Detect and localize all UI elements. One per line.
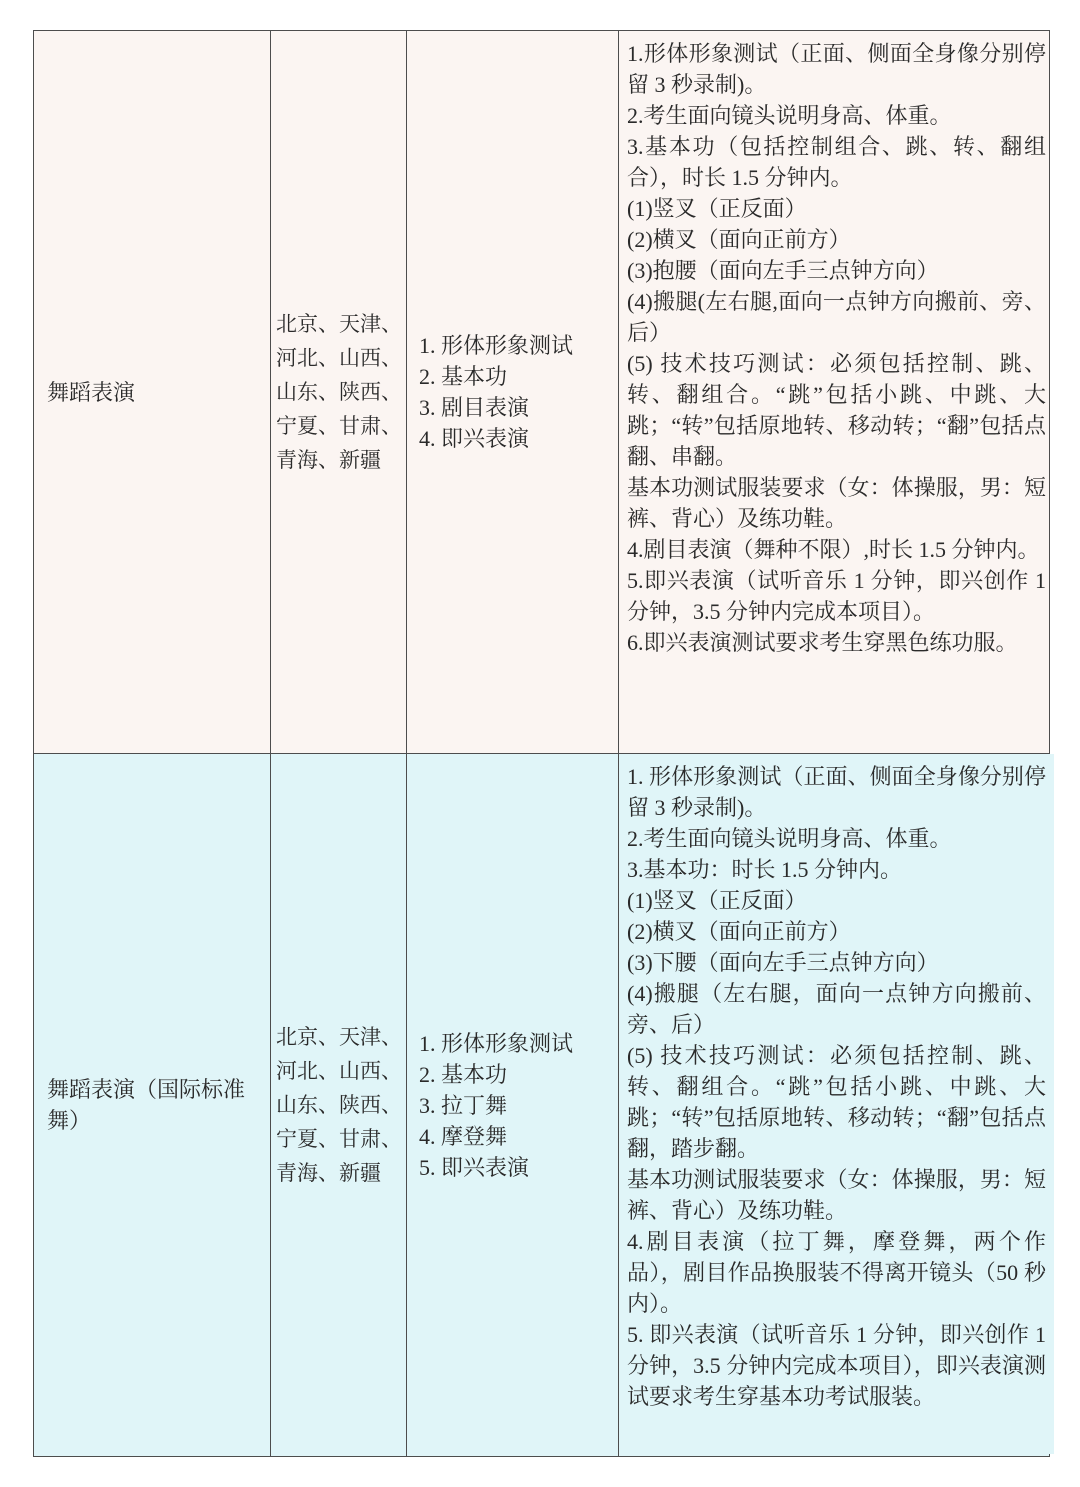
requirement-paragraph: (2)横叉（面向正前方） [627,224,1046,255]
requirement-paragraph: 3.基本功：时长 1.5 分钟内。 [627,854,1046,885]
requirement-paragraph: 基本功测试服装要求（女：体操服，男：短裤、背心）及练功鞋。 [627,472,1046,534]
subject-item: 2. 基本功 [419,1059,614,1090]
major-name: 舞蹈表演（国际标准舞） [34,1074,270,1136]
requirement-paragraph: 1.形体形象测试（正面、侧面全身像分别停留 3 秒录制)。 [627,38,1046,100]
requirement-paragraph: (1)竖叉（正反面） [627,193,1046,224]
subjects-cell: 1. 形体形象测试 2. 基本功 3. 剧目表演 4. 即兴表演 [407,31,619,754]
requirement-paragraph: 5. 即兴表演（试听音乐 1 分钟，即兴创作 1 分钟，3.5 分钟内完成本项目… [627,1319,1046,1412]
requirement-paragraph: (4)搬腿（左右腿，面向一点钟方向搬前、旁、后） [627,978,1046,1040]
requirement-paragraph: (3)下腰（面向左手三点钟方向） [627,947,1046,978]
subject-item: 5. 即兴表演 [419,1152,614,1183]
subject-item: 2. 基本功 [419,361,614,392]
requirement-paragraph: 3.基本功（包括控制组合、跳、转、翻组合），时长 1.5 分钟内。 [627,131,1046,193]
subject-item: 1. 形体形象测试 [419,1028,614,1059]
major-cell: 舞蹈表演 [34,31,271,754]
document-page: 舞蹈表演 北京、天津、河北、山西、山东、陕西、宁夏、甘肃、青海、新疆 1. 形体… [0,0,1080,1487]
requirement-paragraph: 4.剧目表演（拉丁舞，摩登舞，两个作品），剧目作品换服装不得离开镜头（50 秒内… [627,1226,1046,1319]
provinces-cell: 北京、天津、河北、山西、山东、陕西、宁夏、甘肃、青海、新疆 [271,754,407,1457]
requirement-paragraph: 1. 形体形象测试（正面、侧面全身像分别停留 3 秒录制)。 [627,761,1046,823]
subject-item: 3. 剧目表演 [419,392,614,423]
requirements-text: 1.形体形象测试（正面、侧面全身像分别停留 3 秒录制)。 2.考生面向镜头说明… [619,31,1049,753]
subjects-list: 1. 形体形象测试 2. 基本功 3. 剧目表演 4. 即兴表演 [407,330,618,454]
requirement-paragraph: (1)竖叉（正反面） [627,885,1046,916]
subjects-list: 1. 形体形象测试 2. 基本功 3. 拉丁舞 4. 摩登舞 5. 即兴表演 [407,1028,618,1183]
subject-item: 4. 即兴表演 [419,423,614,454]
subject-item: 4. 摩登舞 [419,1121,614,1152]
major-cell: 舞蹈表演（国际标准舞） [34,754,271,1457]
requirement-paragraph: 2.考生面向镜头说明身高、体重。 [627,100,1046,131]
table-row-dance-performance: 舞蹈表演 北京、天津、河北、山西、山东、陕西、宁夏、甘肃、青海、新疆 1. 形体… [34,31,1050,754]
requirement-paragraph: 5.即兴表演（试听音乐 1 分钟，即兴创作 1 分钟，3.5 分钟内完成本项目）… [627,565,1046,627]
cyan-highlight-overhang [1049,754,1054,1454]
major-name: 舞蹈表演 [34,377,270,408]
requirement-paragraph: 4.剧目表演（舞种不限）,时长 1.5 分钟内。 [627,534,1046,565]
subject-item: 1. 形体形象测试 [419,330,614,361]
provinces-cell: 北京、天津、河北、山西、山东、陕西、宁夏、甘肃、青海、新疆 [271,31,407,754]
requirement-paragraph: 6.即兴表演测试要求考生穿黑色练功服。 [627,627,1046,658]
requirement-paragraph: (4)搬腿(左右腿,面向一点钟方向搬前、旁、后） [627,286,1046,348]
requirement-paragraph: 2.考生面向镜头说明身高、体重。 [627,823,1046,854]
requirement-paragraph: (5) 技术技巧测试：必须包括控制、跳、转、翻组合。“跳”包括小跳、中跳、大跳；… [627,1040,1046,1164]
requirement-paragraph: (2)横叉（面向正前方） [627,916,1046,947]
requirement-paragraph: 基本功测试服装要求（女：体操服，男：短裤、背心）及练功鞋。 [627,1164,1046,1226]
exam-requirements-table: 舞蹈表演 北京、天津、河北、山西、山东、陕西、宁夏、甘肃、青海、新疆 1. 形体… [33,30,1050,1457]
table-row-dance-performance-international-standard: 舞蹈表演（国际标准舞） 北京、天津、河北、山西、山东、陕西、宁夏、甘肃、青海、新… [34,754,1050,1457]
requirement-paragraph: (5) 技术技巧测试：必须包括控制、跳、转、翻组合。“跳”包括小跳、中跳、大跳；… [627,348,1046,472]
subjects-cell: 1. 形体形象测试 2. 基本功 3. 拉丁舞 4. 摩登舞 5. 即兴表演 [407,754,619,1457]
requirements-text: 1. 形体形象测试（正面、侧面全身像分别停留 3 秒录制)。 2.考生面向镜头说… [619,754,1049,1456]
subject-item: 3. 拉丁舞 [419,1090,614,1121]
requirement-paragraph: (3)抱腰（面向左手三点钟方向） [627,255,1046,286]
requirements-cell: 1.形体形象测试（正面、侧面全身像分别停留 3 秒录制)。 2.考生面向镜头说明… [619,31,1050,754]
requirements-cell: 1. 形体形象测试（正面、侧面全身像分别停留 3 秒录制)。 2.考生面向镜头说… [619,754,1050,1457]
exam-requirements-table-wrap: 舞蹈表演 北京、天津、河北、山西、山东、陕西、宁夏、甘肃、青海、新疆 1. 形体… [33,30,1049,1457]
provinces-list: 北京、天津、河北、山西、山东、陕西、宁夏、甘肃、青海、新疆 [271,307,406,477]
provinces-list: 北京、天津、河北、山西、山东、陕西、宁夏、甘肃、青海、新疆 [271,1020,406,1190]
